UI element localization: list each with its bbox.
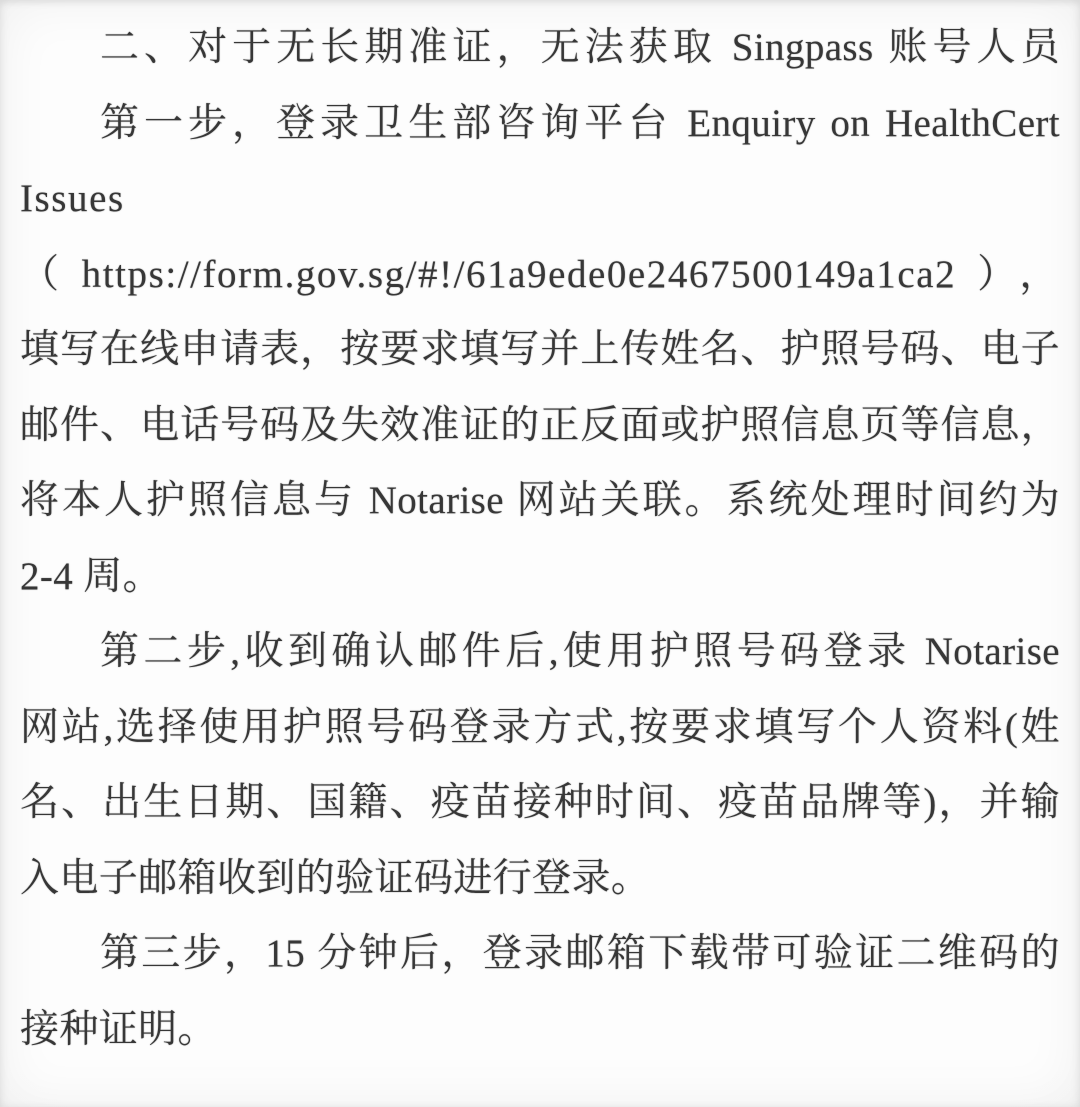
document-line-step2-login: 网站,选择使用护照号码登录方式,按要求填写个人资料(姓: [20, 690, 1060, 766]
document-line-step3-end: 接种证明。: [20, 992, 1060, 1068]
document-line-step1-start: 第一步，登录卫生部咨询平台 Enquiry on HealthCert: [20, 86, 1060, 162]
scanned-document-page: 二、对于无长期准证，无法获取 Singpass 账号人员 第一步，登录卫生部咨询…: [0, 0, 1080, 1107]
document-line-step2-code: 入电子邮箱收到的验证码进行登录。: [20, 841, 1060, 917]
document-line-step1-weeks: 2-4 周。: [20, 539, 1060, 615]
document-body: 二、对于无长期准证，无法获取 Singpass 账号人员 第一步，登录卫生部咨询…: [0, 0, 1080, 1067]
document-line-issues: Issues: [20, 161, 1060, 237]
document-line-step1-info: 邮件、电话号码及失效准证的正反面或护照信息页等信息，: [20, 388, 1060, 464]
document-line-step2-profile: 名、出生日期、国籍、疫苗接种时间、疫苗品牌等)，并输: [20, 765, 1060, 841]
document-line-section-heading: 二、对于无长期准证，无法获取 Singpass 账号人员: [20, 10, 1060, 86]
document-line-step1-link: 将本人护照信息与 Notarise 网站关联。系统处理时间约为: [20, 463, 1060, 539]
document-line-step3-start: 第三步，15 分钟后，登录邮箱下载带可验证二维码的: [20, 916, 1060, 992]
document-line-step1-form: 填写在线申请表，按要求填写并上传姓名、护照号码、电子: [20, 312, 1060, 388]
document-line-url: （https://form.gov.sg/#!/61a9ede0e2467500…: [20, 237, 1060, 313]
document-line-step2-start: 第二步,收到确认邮件后,使用护照号码登录 Notarise: [20, 614, 1060, 690]
